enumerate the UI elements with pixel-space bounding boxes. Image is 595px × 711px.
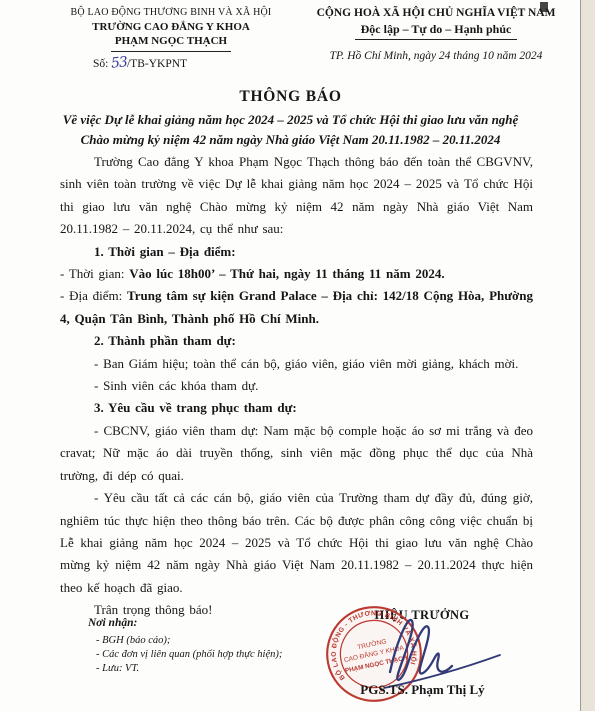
recipient-item: - Lưu: VT. [88, 662, 282, 676]
document-subtitle: Về việc Dự lễ khai giảng năm học 2024 – … [48, 110, 533, 150]
signer-name: PGS.TS. Phạm Thị Lý [340, 682, 505, 698]
venue-value: Trung tâm sự kiện Grand Palace – Địa chỉ… [60, 288, 533, 325]
document-number-suffix: /TB-YKPNT [127, 58, 187, 70]
section2-item: - Ban Giám hiệu; toàn thể cán bộ, giáo v… [60, 353, 533, 375]
recipients-label: Nơi nhận: [88, 616, 282, 630]
section1-heading: 1. Thời gian – Địa điểm: [60, 241, 533, 263]
section3-paragraph1: - CBCNV, giáo viên tham dự: Nam mặc bộ c… [60, 420, 533, 487]
venue-label: - Địa điểm: [60, 288, 127, 303]
section3-paragraph2: - Yêu cầu tất cả các cán bộ, giáo viên c… [60, 487, 533, 599]
national-motto-line2: Độc lập – Tự do – Hạnh phúc [308, 22, 564, 40]
document-title: THÔNG BÁO [0, 88, 581, 106]
document-number-handwritten: 53 [110, 54, 127, 72]
intro-paragraph: Trường Cao đẳng Y khoa Phạm Ngọc Thạch t… [60, 151, 533, 241]
section2-item: - Sinh viên các khóa tham dự. [60, 375, 533, 397]
national-motto-line1: CỘNG HOÀ XÃ HỘI CHỦ NGHĨA VIỆT NAM [308, 6, 564, 21]
document-page: BỘ LAO ĐỘNG THƯƠNG BINH VÀ XÃ HỘI TRƯỜNG… [0, 0, 581, 711]
section2-heading: 2. Thành phần tham dự: [60, 330, 533, 352]
school-name-line2: PHẠM NGỌC THẠCH [40, 35, 302, 52]
place-and-date: TP. Hồ Chí Minh, ngày 24 tháng 10 năm 20… [308, 50, 564, 62]
header-issuer-block: BỘ LAO ĐỘNG THƯƠNG BINH VÀ XÃ HỘI TRƯỜNG… [40, 6, 302, 52]
scan-edge-strip [581, 0, 595, 711]
time-value: Vào lúc 18h00’ – Thứ hai, ngày 11 tháng … [129, 266, 444, 281]
ministry-name: BỘ LAO ĐỘNG THƯƠNG BINH VÀ XÃ HỘI [40, 6, 302, 20]
school-name-line1: TRƯỜNG CAO ĐẲNG Y KHOA [40, 21, 302, 35]
recipient-item: - Các đơn vị liên quan (phối hợp thực hi… [88, 648, 282, 662]
section1-venue-line: - Địa điểm: Trung tâm sự kiện Grand Pala… [60, 285, 533, 330]
header-national-block: CỘNG HOÀ XÃ HỘI CHỦ NGHĨA VIỆT NAM Độc l… [308, 6, 564, 40]
section3-heading: 3. Yêu cầu về trang phục tham dự: [60, 397, 533, 419]
time-label: - Thời gian: [60, 266, 129, 281]
section1-time-line: - Thời gian: Vào lúc 18h00’ – Thứ hai, n… [60, 263, 533, 285]
document-number-label: Số: [93, 58, 111, 70]
recipient-item: - BGH (báo cáo); [88, 634, 282, 648]
document-body: Trường Cao đẳng Y khoa Phạm Ngọc Thạch t… [60, 151, 533, 622]
scan-artifact-mark [540, 2, 548, 12]
recipients-block: Nơi nhận: - BGH (báo cáo); - Các đơn vị … [88, 616, 282, 676]
document-number: Số: 53/TB-YKPNT [45, 55, 235, 71]
